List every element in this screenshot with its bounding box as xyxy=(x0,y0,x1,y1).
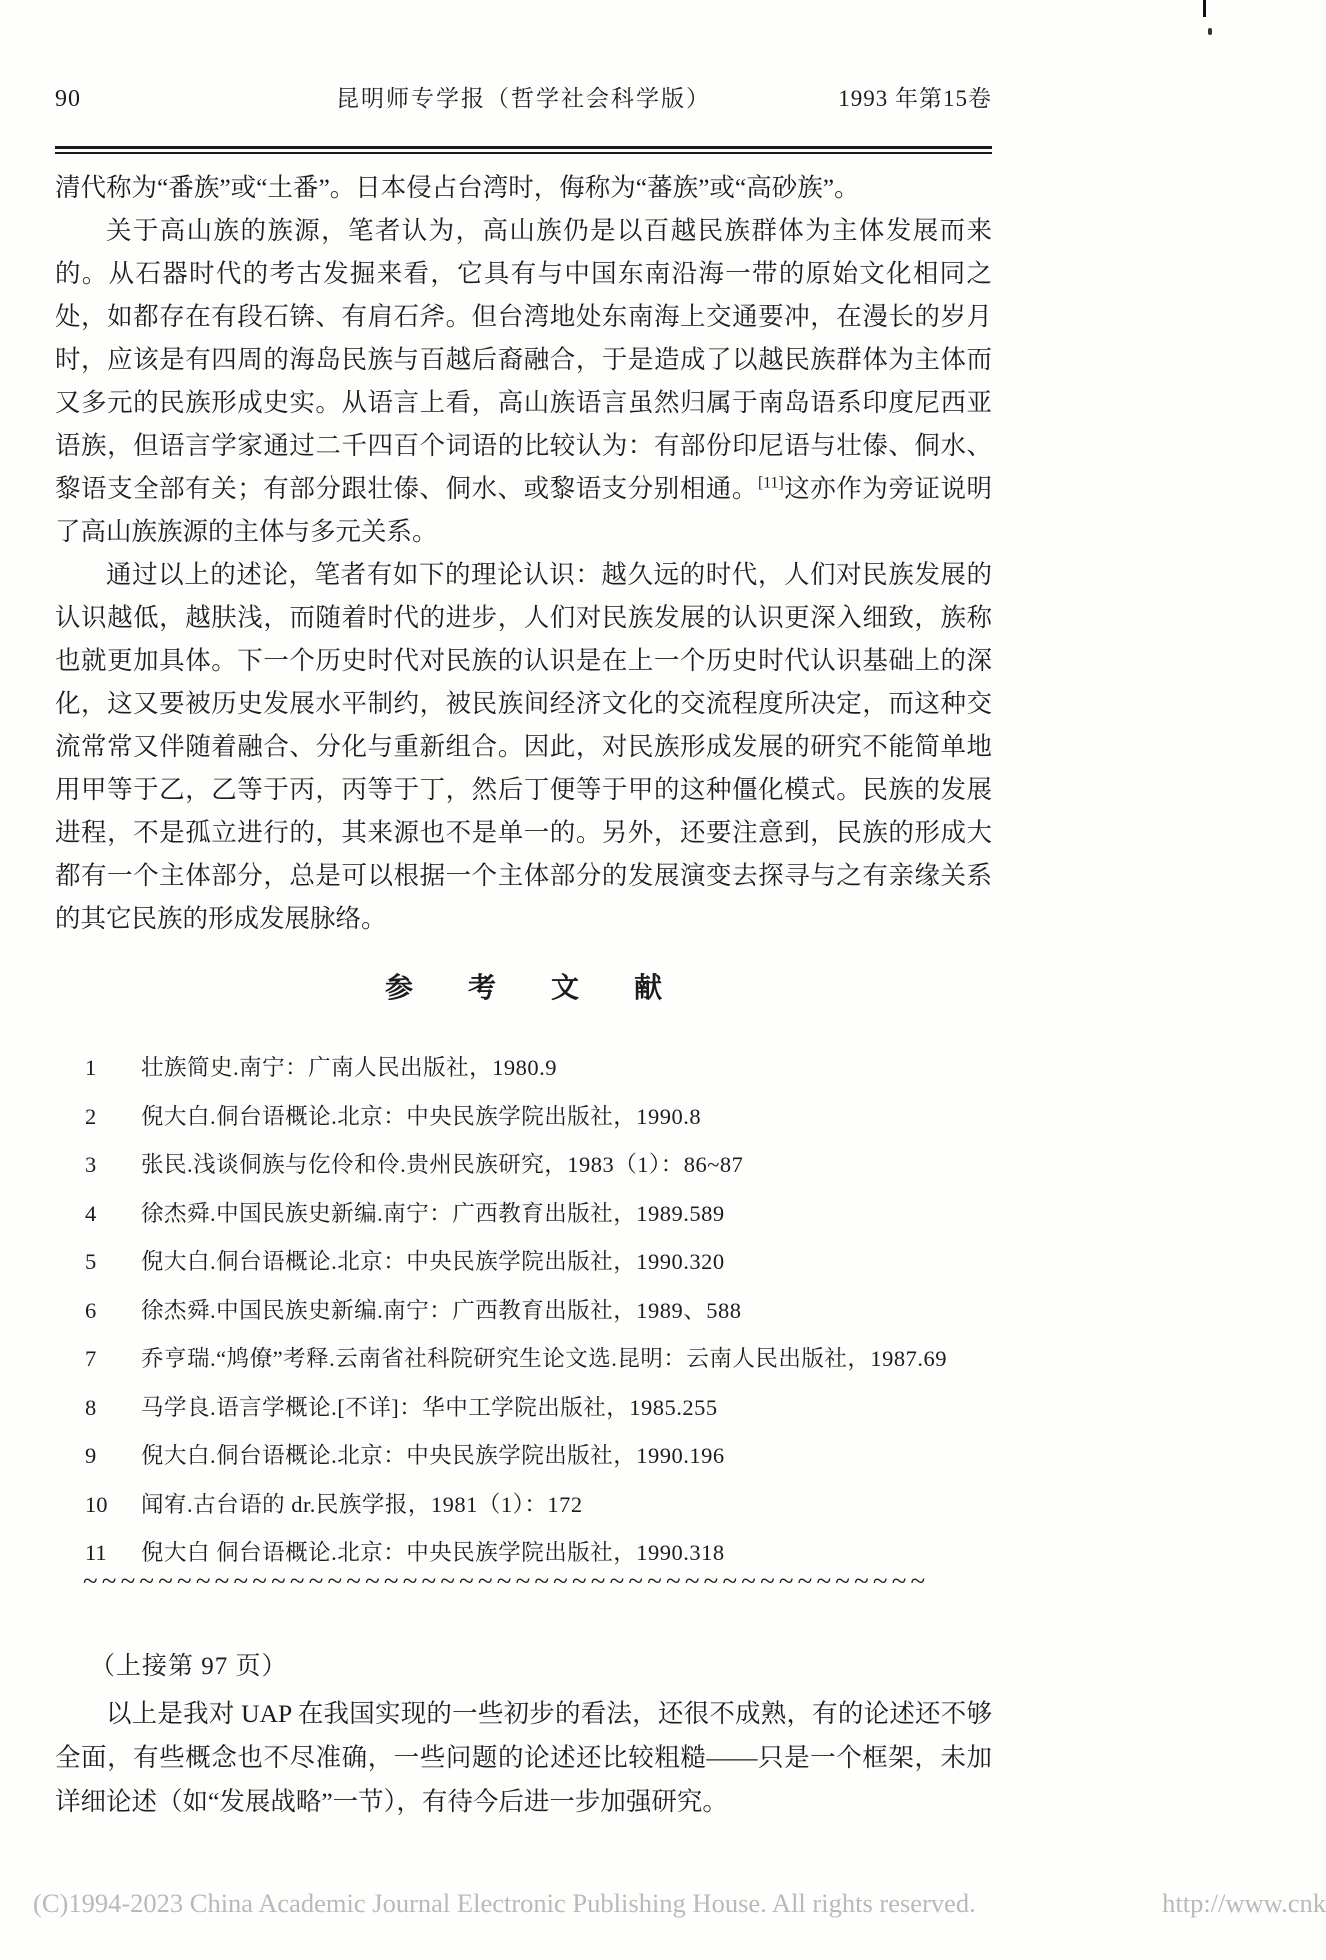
paragraph-gaoshan-origin: 关于高山族的族源，笔者认为，高山族仍是以百越民族群体为主体发展而来的。从石器时代… xyxy=(55,209,992,553)
volume-info: 1993 年第15卷 xyxy=(838,80,992,113)
reference-number: 9 xyxy=(85,1432,141,1481)
cnki-url: http://www.cnk xyxy=(1162,1888,1326,1919)
reference-item: 3张民.浅谈侗族与仡伶和伶.贵州民族研究，1983（1）：86~87 xyxy=(85,1141,980,1190)
reference-item: 8马学良.语言学概论.[不详]：华中工学院出版社，1985.255 xyxy=(85,1384,980,1433)
reference-item: 4徐杰舜.中国民族史新编.南宁：广西教育出版社，1989.589 xyxy=(85,1190,980,1239)
reference-number: 8 xyxy=(85,1384,141,1433)
reference-number: 1 xyxy=(85,1044,141,1093)
article-body: 清代称为“番族”或“土番”。日本侵占台湾时，侮称为“蕃族”或“高砂族”。 关于高… xyxy=(55,166,992,940)
reference-text: 闻宥.古台语的 dr.民族学报，1981（1）：172 xyxy=(141,1481,980,1530)
reference-text: 乔亨瑞.“鸠僚”考释.云南省社科院研究生论文选.昆明：云南人民出版社，1987.… xyxy=(141,1335,980,1384)
reference-number: 2 xyxy=(85,1093,141,1142)
reference-item: 7乔亨瑞.“鸠僚”考释.云南省社科院研究生论文选.昆明：云南人民出版社，1987… xyxy=(85,1335,980,1384)
scan-artifact-tick xyxy=(1203,0,1206,17)
reference-item: 6徐杰舜.中国民族史新编.南宁：广西教育出版社，1989、588 xyxy=(85,1287,980,1336)
reference-number: 10 xyxy=(85,1481,141,1530)
reference-item: 1壮族简史.南宁：广南人民出版社，1980.9 xyxy=(85,1044,980,1093)
page-header: 90 昆明师专学报（哲学社会科学版） 1993 年第15卷 xyxy=(55,80,992,113)
cnki-watermark: (C)1994-2023 China Academic Journal Elec… xyxy=(33,1888,1326,1919)
reference-text: 徐杰舜.中国民族史新编.南宁：广西教育出版社，1989.589 xyxy=(141,1190,980,1239)
reference-item: 10闻宥.古台语的 dr.民族学报，1981（1）：172 xyxy=(85,1481,980,1530)
reference-number: 4 xyxy=(85,1190,141,1239)
reference-item: 9倪大白.侗台语概论.北京：中央民族学院出版社，1990.196 xyxy=(85,1432,980,1481)
reference-text: 倪大白.侗台语概论.北京：中央民族学院出版社，1990.8 xyxy=(141,1093,980,1142)
paragraph-continuation-line: 清代称为“番族”或“土番”。日本侵占台湾时，侮称为“蕃族”或“高砂族”。 xyxy=(55,166,992,209)
reference-number: 7 xyxy=(85,1335,141,1384)
reference-text: 壮族简史.南宁：广南人民出版社，1980.9 xyxy=(141,1044,980,1093)
reference-item: 2倪大白.侗台语概论.北京：中央民族学院出版社，1990.8 xyxy=(85,1093,980,1142)
reference-text: 倪大白.侗台语概论.北京：中央民族学院出版社，1990.196 xyxy=(141,1432,980,1481)
reference-number: 6 xyxy=(85,1287,141,1336)
footnote-ref-11: [11] xyxy=(758,475,784,492)
paragraph-conclusion: 通过以上的述论，笔者有如下的理论认识：越久远的时代，人们对民族发展的认识越低，越… xyxy=(55,553,992,940)
reference-text: 倪大白.侗台语概论.北京：中央民族学院出版社，1990.320 xyxy=(141,1238,980,1287)
reference-number: 5 xyxy=(85,1238,141,1287)
continued-paragraph: 以上是我对 UAP 在我国实现的一些初步的看法，还很不成熟，有的论述还不够全面，… xyxy=(55,1692,992,1824)
references-list: 1壮族简史.南宁：广南人民出版社，1980.9 2倪大白.侗台语概论.北京：中央… xyxy=(85,1044,980,1578)
page-number: 90 xyxy=(55,86,81,113)
journal-page-scan: 90 昆明师专学报（哲学社会科学版） 1993 年第15卷 清代称为“番族”或“… xyxy=(0,0,1326,1960)
reference-text: 张民.浅谈侗族与仡伶和伶.贵州民族研究，1983（1）：86~87 xyxy=(141,1141,980,1190)
journal-title: 昆明师专学报（哲学社会科学版） xyxy=(336,80,711,113)
continued-from-note: （上接第 97 页） xyxy=(90,1646,288,1682)
tilde-section-divider: ~~~~~~~~~~~~~~~~~~~~~~~~~~~~~~~~~~~~~~~~… xyxy=(83,1566,993,1596)
reference-text: 徐杰舜.中国民族史新编.南宁：广西教育出版社，1989、588 xyxy=(141,1287,980,1336)
reference-item: 5倪大白.侗台语概论.北京：中央民族学院出版社，1990.320 xyxy=(85,1238,980,1287)
scan-artifact-dot xyxy=(1208,28,1212,35)
reference-text: 马学良.语言学概论.[不详]：华中工学院出版社，1985.255 xyxy=(141,1384,980,1433)
copyright-text: (C)1994-2023 China Academic Journal Elec… xyxy=(33,1888,976,1919)
reference-number: 3 xyxy=(85,1141,141,1190)
references-heading: 参 考 文 献 xyxy=(55,966,992,1006)
paragraph-text: 关于高山族的族源，笔者认为，高山族仍是以百越民族群体为主体发展而来的。从石器时代… xyxy=(55,216,992,503)
header-double-rule xyxy=(55,146,992,154)
